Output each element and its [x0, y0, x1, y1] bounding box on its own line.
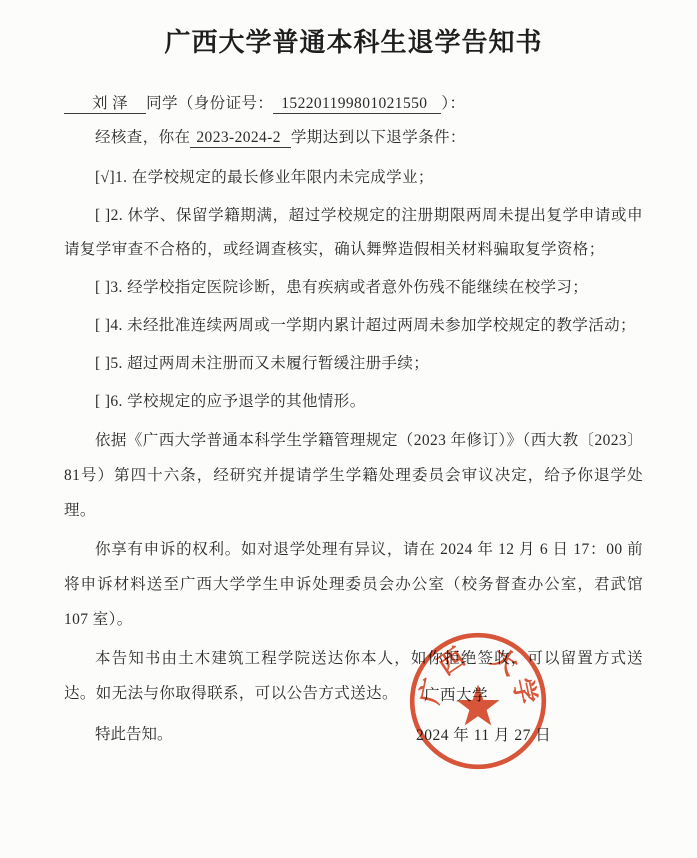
document-body: 广西大学普通本科生退学告知书 刘 泽同学（身份证号：15220119980102… — [0, 0, 697, 752]
salutation-tail: ）： — [441, 95, 465, 112]
seal-star-icon — [457, 685, 500, 726]
paragraph-decision-basis: 依据《广西大学普通本科学生学籍管理规定（2023 年修订）》（西大教〔2023〕… — [64, 423, 643, 528]
intro-lead: 经核查，你在 — [95, 129, 190, 146]
seal-char-1: 广 — [415, 676, 449, 707]
document-title: 广西大学普通本科生退学告知书 — [64, 22, 643, 59]
condition-item-3: [ ]3. 经学校指定医院诊断，患有疾病或者意外伤残不能继续在校学习； — [64, 271, 643, 305]
condition-item-1-checked: [√]1. 在学校规定的最长修业年限内未完成学业； — [64, 161, 643, 195]
intro-tail: 学期达到以下退学条件： — [291, 129, 466, 146]
paragraph-delivery-method: 本告知书由土木建筑工程学院送达你本人，如你拒绝签收，可以留置方式送达。如无法与你… — [64, 641, 643, 711]
semester-value: 2023-2024-2 — [190, 129, 290, 148]
condition-item-4: [ ]4. 未经批准连续两周或一学期内累计超过两周未参加学校规定的教学活动； — [64, 309, 643, 343]
intro-line: 经核查，你在2023-2024-2学期达到以下退学条件： — [64, 121, 643, 155]
document-page: 广西大学普通本科生退学告知书 刘 泽同学（身份证号：15220119980102… — [0, 0, 697, 858]
paragraph-appeal-rights: 你享有申诉的权利。如对退学处理有异议，请在 2024 年 12 月 6 日 17… — [64, 532, 643, 637]
closing-line: 特此告知。 — [64, 717, 643, 752]
salutation-line: 刘 泽同学（身份证号：152201199801021550）： — [64, 87, 643, 121]
student-name: 刘 泽 — [64, 95, 146, 114]
condition-item-5: [ ]5. 超过两周未注册而又未履行暂缓注册手续； — [64, 347, 643, 381]
seal-char-4: 学 — [507, 676, 541, 707]
salutation-label: 同学（身份证号： — [146, 95, 273, 112]
id-number: 152201199801021550 — [273, 95, 441, 114]
university-seal-icon: 广 西 大 学 — [406, 629, 550, 773]
condition-item-6: [ ]6. 学校规定的应予退学的其他情形。 — [64, 385, 643, 419]
condition-item-2: [ ]2. 休学、保留学籍期满，超过学校规定的注册期限两周未提出复学申请或申请复… — [64, 199, 643, 267]
